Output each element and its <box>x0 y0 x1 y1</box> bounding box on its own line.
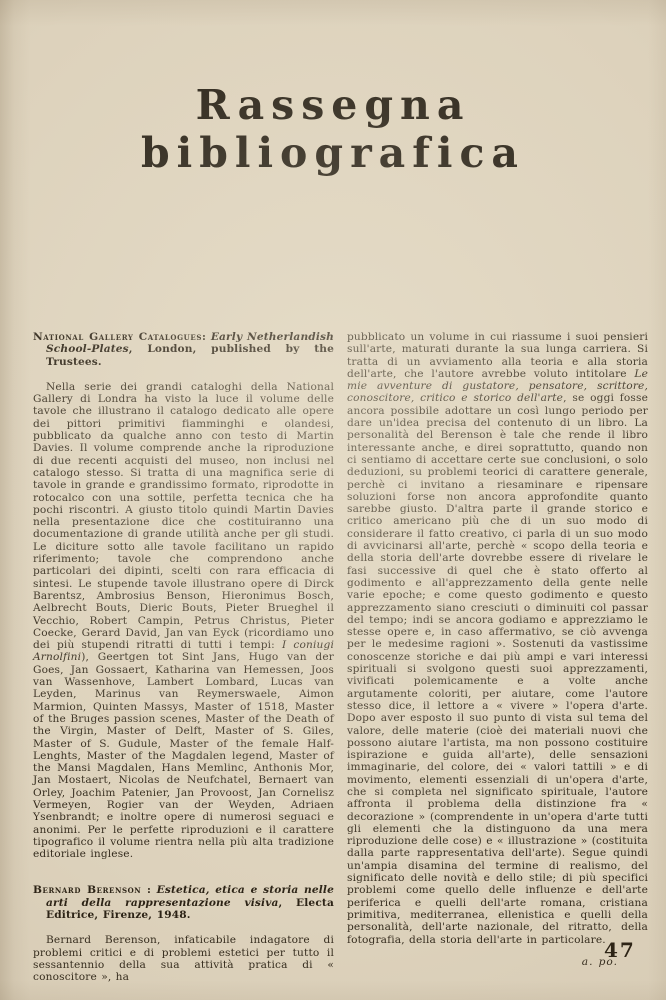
signature: a. po. <box>347 956 648 968</box>
scanned-book-page: { "page": { "title": "Rassegna bibliogra… <box>0 0 666 1000</box>
left-column: National Gallery Catalogues: Early Nethe… <box>33 331 334 984</box>
text-segment: ), Geertgen tot Sint Jans, Hugo van der … <box>33 651 334 860</box>
paragraph: Nella serie dei grandi cataloghi della N… <box>33 381 334 861</box>
paragraph-continuation: pubblicato un volume in cui riassume i s… <box>347 331 648 946</box>
text-columns: National Gallery Catalogues: Early Nethe… <box>33 331 648 984</box>
text-segment-smallcaps: Bernard Berenson <box>33 884 141 896</box>
text-segment: Nella serie dei grandi cataloghi della N… <box>33 381 334 651</box>
text-segment: : <box>141 884 156 896</box>
text-segment: Bernard Berenson, infaticabile indagator… <box>33 934 334 983</box>
text-segment-smallcaps: National Gallery Catalogues <box>33 331 202 343</box>
text-segment: pubblicato un volume in cui riassume i s… <box>347 331 648 380</box>
page-title: Rassegna bibliografica <box>0 81 666 177</box>
text-segment: : <box>202 331 211 343</box>
page-number: 47 <box>604 938 636 962</box>
text-segment: , se oggi fosse ancora possibile adottar… <box>347 392 648 945</box>
paragraph: Bernard Berenson, infaticabile indagator… <box>33 934 334 983</box>
heading: National Gallery Catalogues: Early Nethe… <box>33 331 334 368</box>
heading: Bernard Berenson : Estetica, etica e sto… <box>33 884 334 921</box>
right-column: pubblicato un volume in cui riassume i s… <box>347 331 648 984</box>
